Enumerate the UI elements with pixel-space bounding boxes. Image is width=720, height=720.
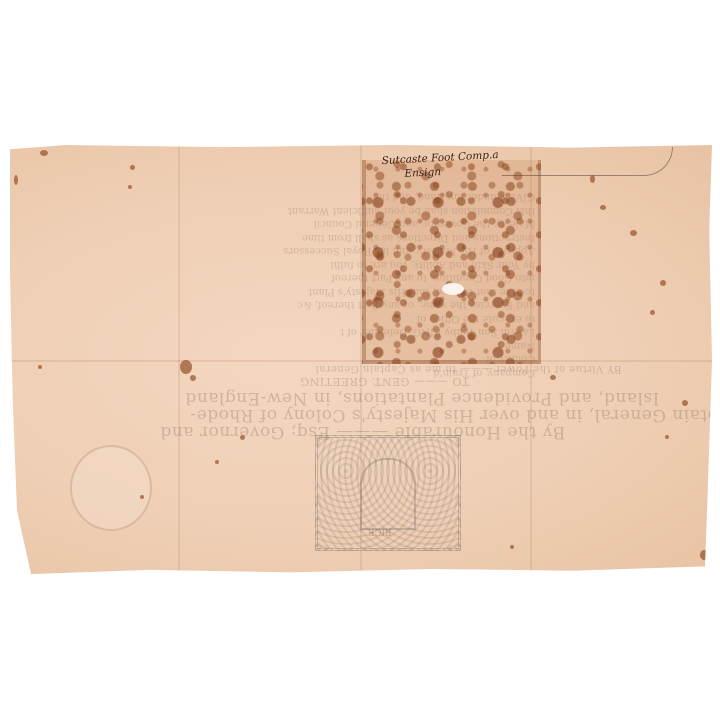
paper-hole bbox=[442, 283, 464, 295]
foxing-spot bbox=[40, 150, 48, 156]
foxing-spot bbox=[190, 375, 196, 381]
embossed-seal bbox=[70, 445, 152, 531]
foxing-spot bbox=[660, 280, 666, 286]
woodcut-arch bbox=[360, 458, 416, 530]
foxing-spot bbox=[700, 550, 708, 560]
woodcut-emblem: RICE bbox=[315, 435, 461, 551]
foxing-spot bbox=[128, 185, 132, 189]
document-paper: Company, of Train'd County of Name : Law… bbox=[10, 145, 712, 575]
foxing-spot bbox=[14, 175, 18, 185]
foxing-spot bbox=[630, 230, 637, 236]
bleed-through-heading: BY Virtue of the Power ——— to me as Capt… bbox=[315, 363, 622, 374]
foxing-spot bbox=[682, 400, 688, 406]
foxing-spot bbox=[140, 495, 144, 499]
foxing-spot bbox=[600, 205, 606, 210]
foxing-spot bbox=[665, 435, 669, 439]
foxing-spot bbox=[240, 435, 245, 440]
foxing-spot bbox=[180, 360, 192, 374]
foxing-stain-area bbox=[362, 160, 541, 364]
foxing-spot bbox=[550, 375, 556, 380]
foxing-spot bbox=[650, 310, 655, 315]
foxing-spot bbox=[130, 165, 135, 170]
pen-flourish bbox=[502, 147, 673, 176]
bleed-through-heading: TO ——— GENT. GREETING bbox=[300, 375, 469, 388]
foxing-spot bbox=[590, 175, 595, 183]
woodcut-label: RICE bbox=[368, 526, 392, 536]
foxing-spot bbox=[38, 365, 42, 369]
foxing-spot bbox=[510, 545, 514, 549]
foxing-spot bbox=[215, 460, 219, 464]
